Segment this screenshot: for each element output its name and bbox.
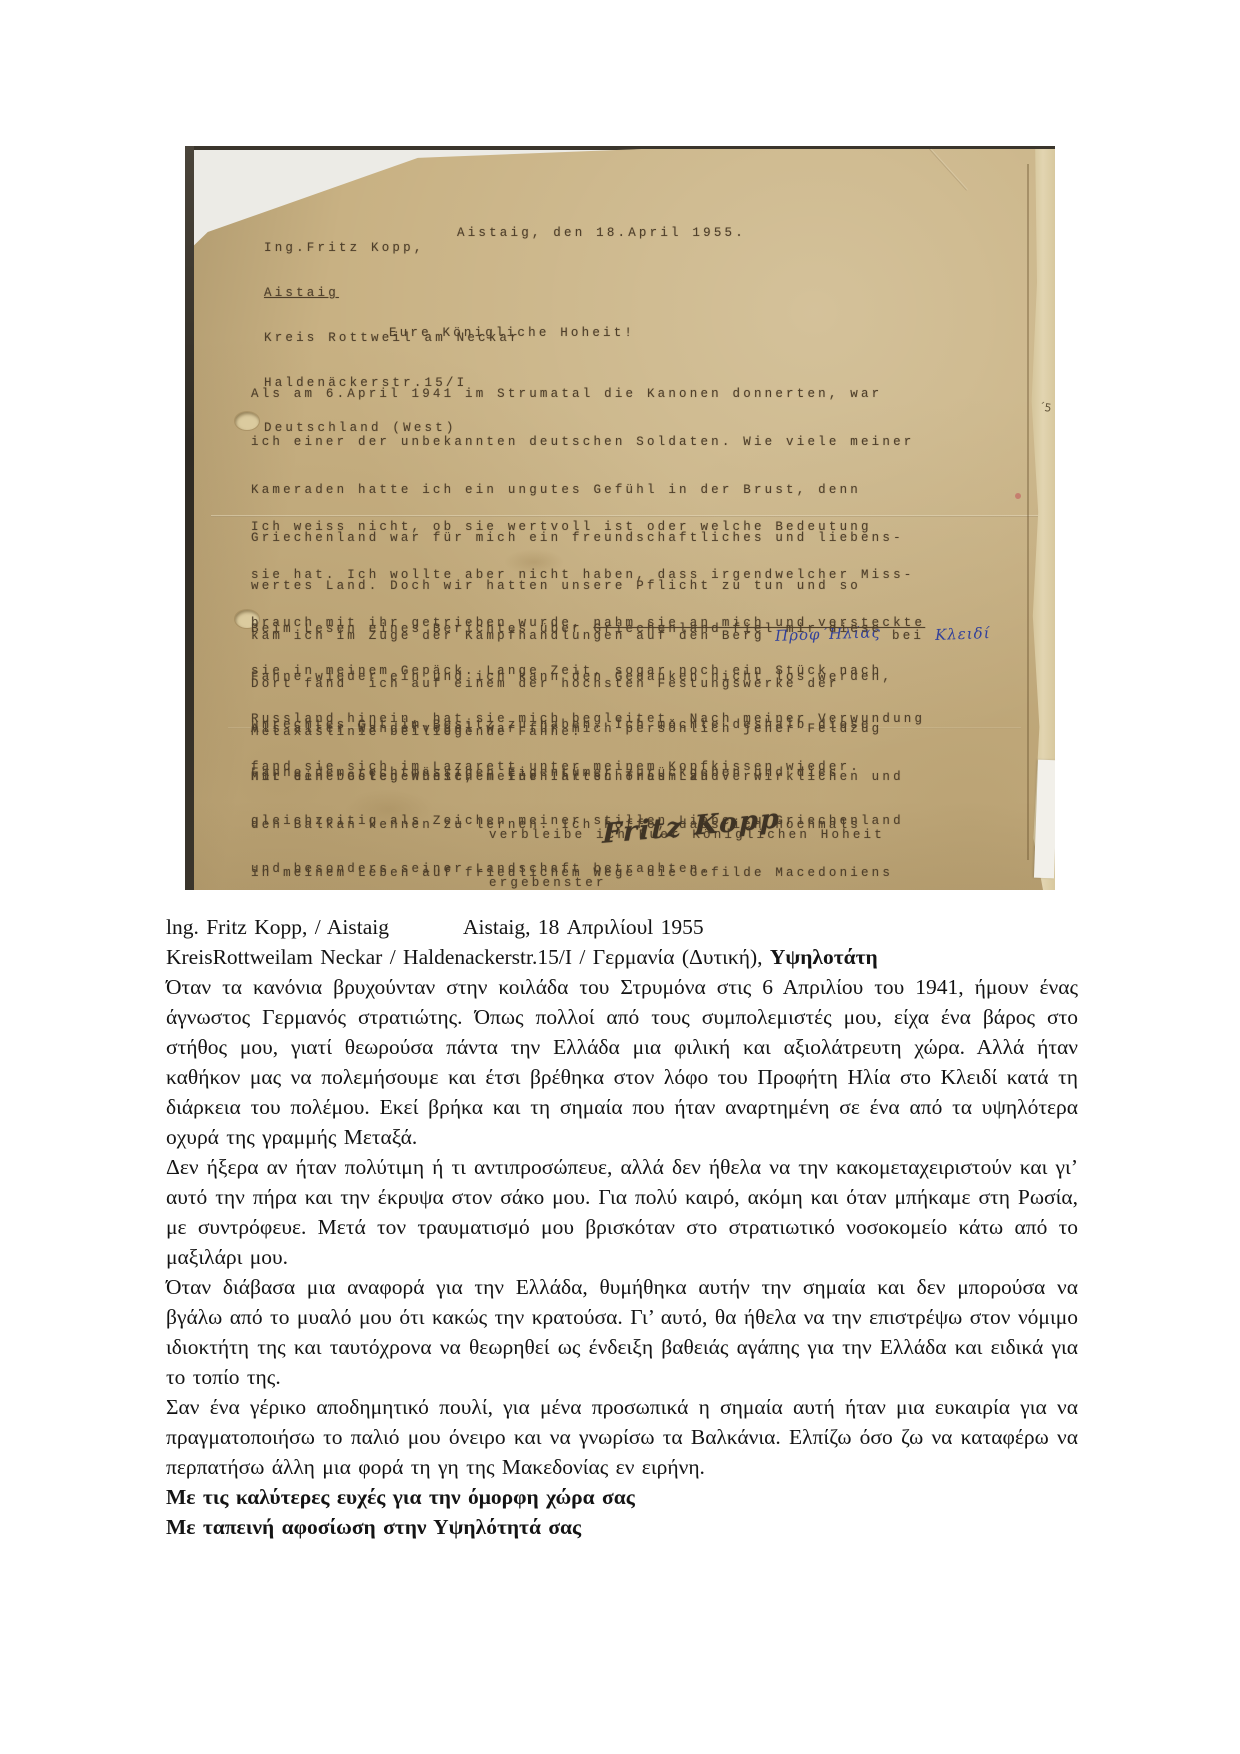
translation-valediction: Με ταπεινή αφοσίωση στην Υψηλότητά σας [166,1512,1078,1542]
scan-left-edge [185,146,194,890]
pencil-mark: ΄5 [1038,400,1052,415]
typed-line: ich einer der unbekannten deutschen Sold… [251,434,990,450]
scanned-letter-image: ΄5 Ing.Fritz Kopp, Aistaig Kreis Rottwei… [185,146,1055,890]
typed-line: ergebenster [489,875,885,891]
translation-paragraph-2: Δεν ήξερα αν ήταν πολύτιμη ή τι αντιπροσ… [166,1152,1078,1272]
translation-salutation: Υψηλοτάτη [770,945,878,969]
typed-line: sie hat. Ich wollte aber nicht haben, da… [251,567,925,583]
translation-header-line-2: KreisRottweilam Neckar / Haldenackerstr.… [166,942,1078,972]
translation-closing-wish: Με τις καλύτερες ευχές για την όμορφη χώ… [166,1482,1078,1512]
handwritten-greek-insert: Κλειδί [935,625,991,643]
paper-crease [819,26,968,191]
translation-paragraph-1: Όταν τα κανόνια βρυχούνταν στην κοιλάδα … [166,972,1078,1152]
greek-translation-block: lng. Fritz Kopp, / AistaigAistaig, 18 Απ… [166,912,1078,1542]
typed-line: Ing.Fritz Kopp, [264,241,521,256]
typed-line: Beim Lesen eines Berichtes über Griechen… [251,621,904,637]
typed-line: Ich weiss nicht, ob sie wertvoll ist ode… [251,519,925,535]
typed-line: Als am 6.April 1941 im Strumatal die Kan… [251,386,990,402]
letter-paper: ΄5 Ing.Fritz Kopp, Aistaig Kreis Rottwei… [194,149,1055,890]
translation-paragraph-4: Σαν ένα γέρικο αποδημητικό πουλί, για μέ… [166,1392,1078,1482]
salutation: Eure Königliche Hoheit! [389,325,635,341]
translation-header-line-1: lng. Fritz Kopp, / AistaigAistaig, 18 Απ… [166,912,1078,942]
typed-line: Aistaig [264,286,521,301]
translation-date: Aistaig, 18 Απριλίουl 1955 [463,915,704,939]
torn-paper-fragment [1034,760,1058,879]
torn-edge-line [1027,164,1029,861]
translation-paragraph-3: Όταν διάβασα μια αναφορά για την Ελλάδα,… [166,1272,1078,1392]
letter-date: Aistaig, den 18.April 1955. [457,225,746,241]
typed-line: Fahne wieder ein und ich kann den Gedank… [251,669,904,685]
red-dot-mark [1015,493,1021,499]
document-page: { "colors": { "paper": "#c8b183", "scan_… [0,0,1240,1754]
translation-address: KreisRottweilam Neckar / Haldenackerstr.… [166,945,770,969]
translation-sender: lng. Fritz Kopp, / Aistaig [166,915,389,939]
closing-line: Mit den besten Wünschen für Ihr schönes … [251,769,722,785]
typed-line: Als alter Wandervogel war für mich persö… [251,721,904,737]
